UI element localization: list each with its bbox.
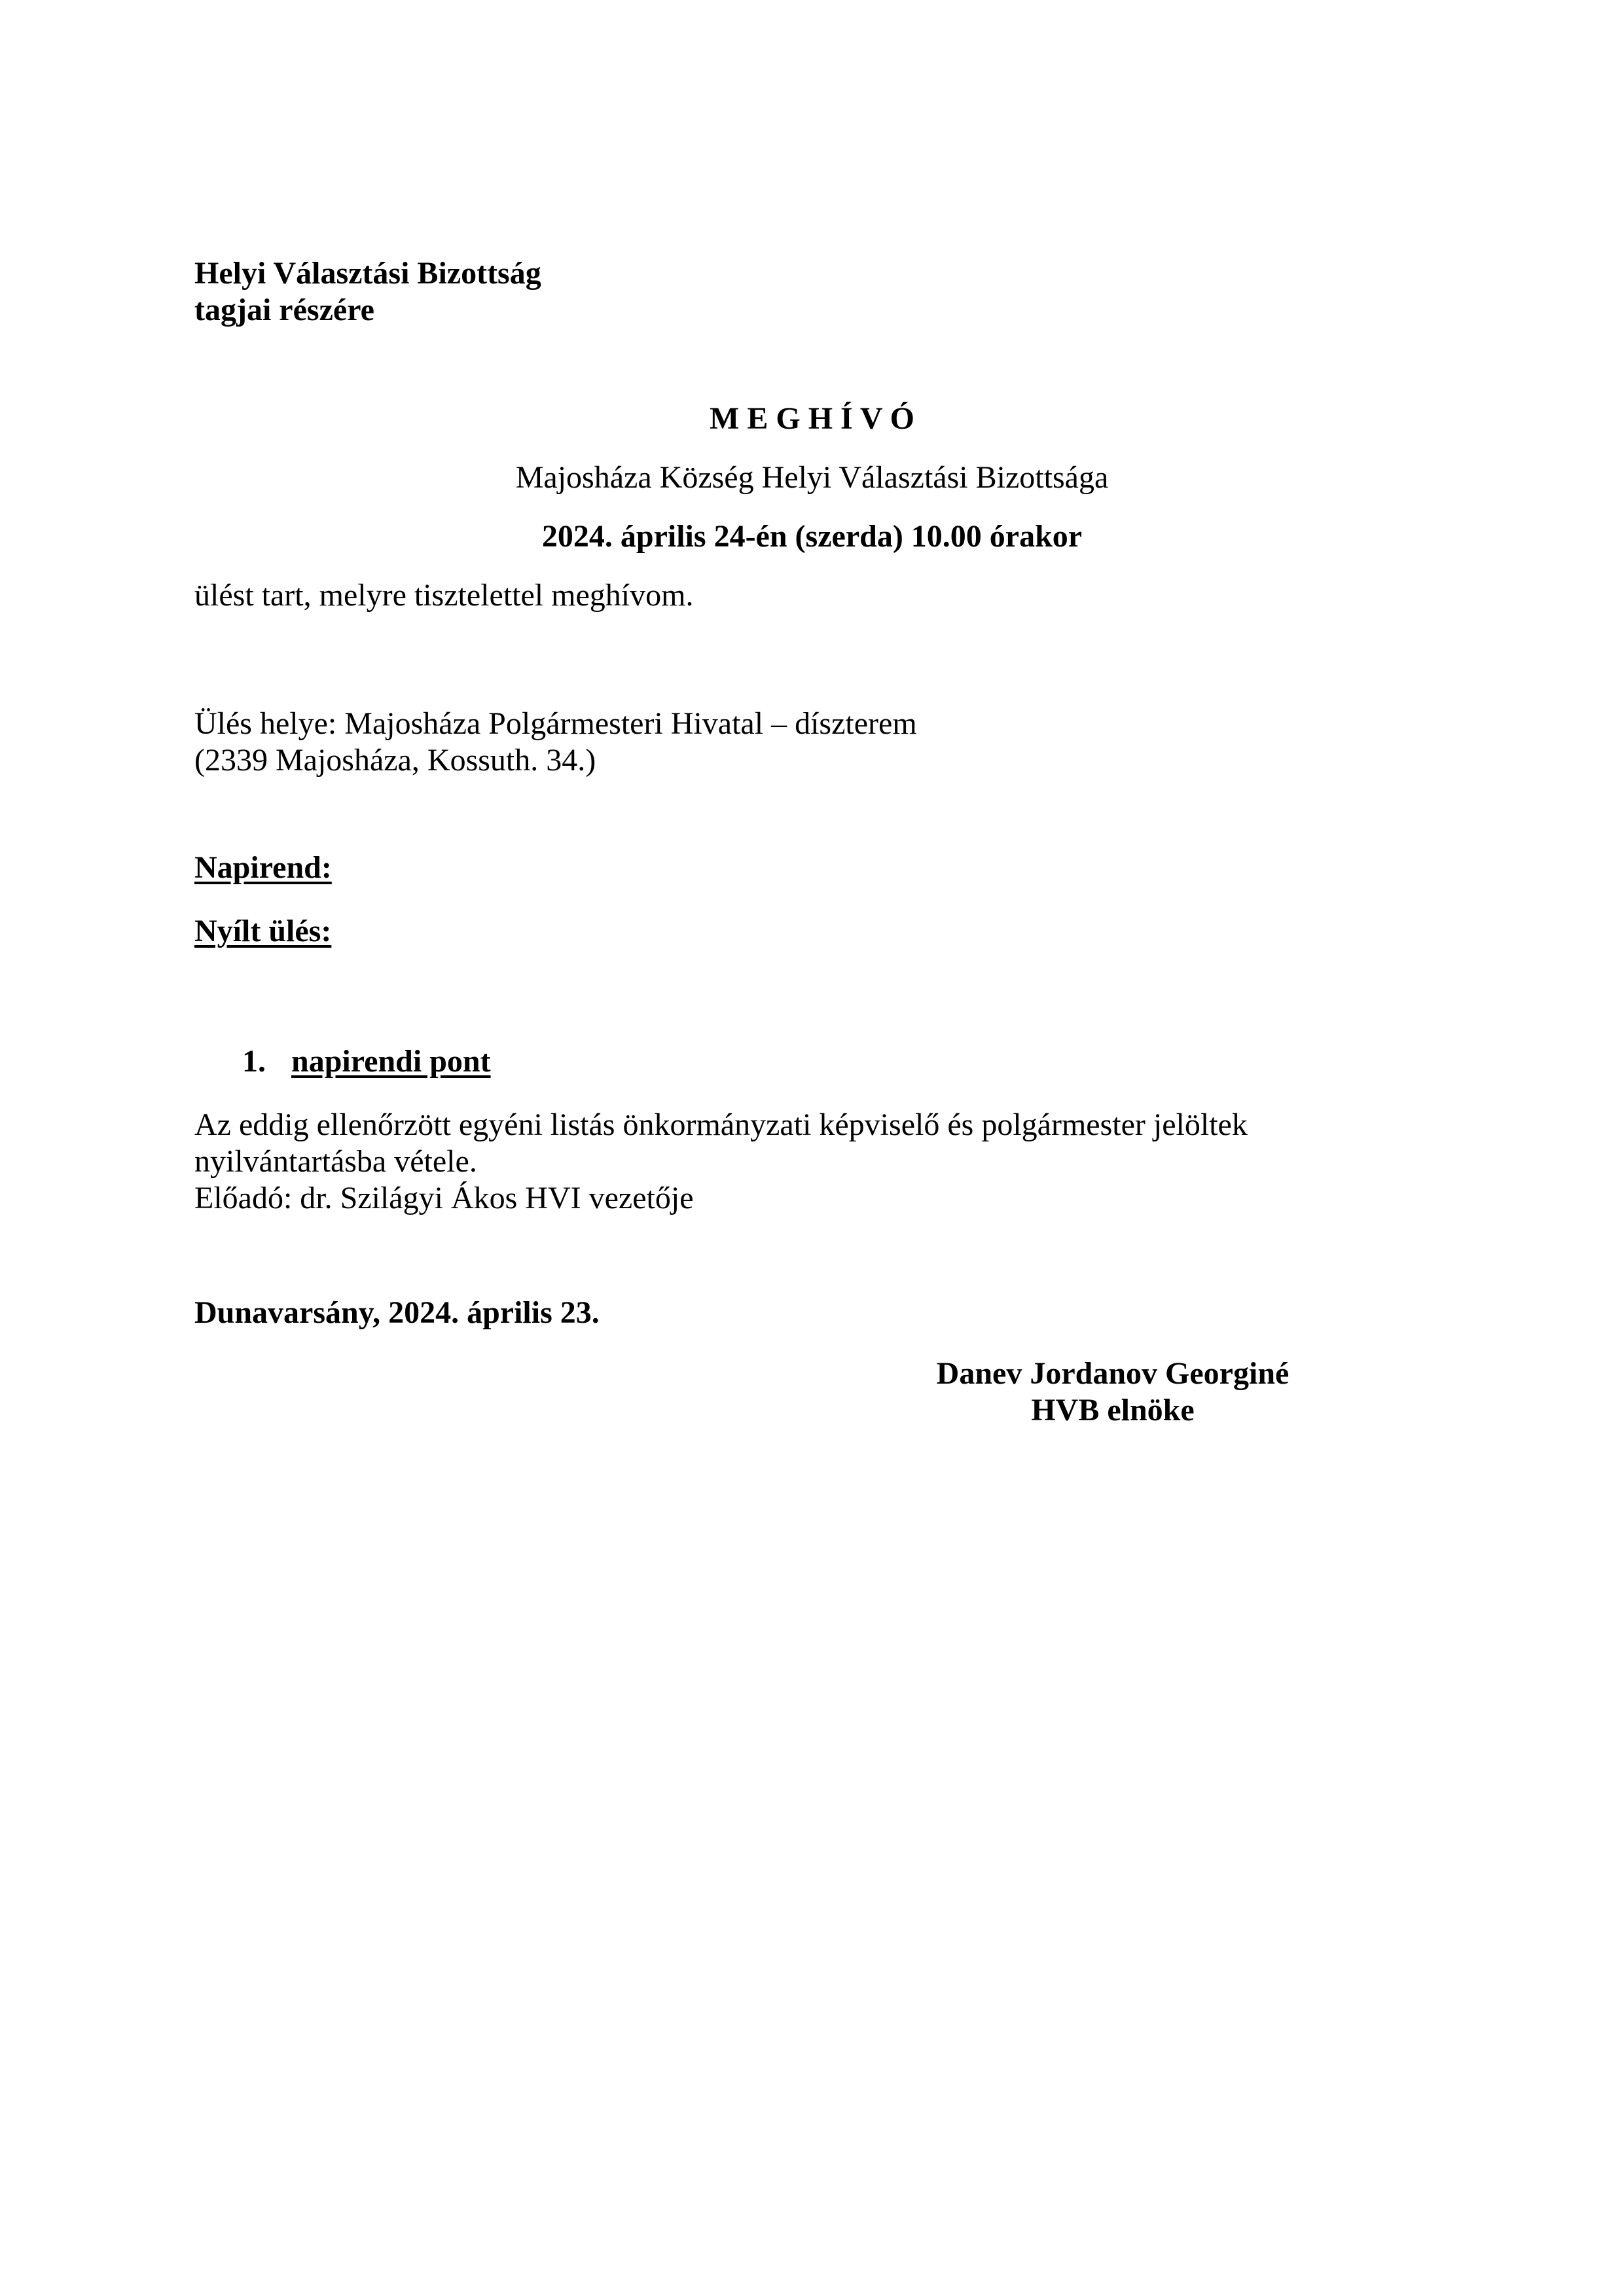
- committee-name: Majosháza Község Helyi Választási Bizott…: [194, 459, 1430, 496]
- venue-line-1: Ülés helye: Majosháza Polgármesteri Hiva…: [194, 706, 917, 742]
- agenda-item-number: 1.: [242, 1043, 266, 1080]
- invitation-text: ülést tart, melyre tisztelettel meghívom…: [194, 577, 693, 614]
- addressee-line-1: Helyi Választási Bizottság: [194, 255, 541, 292]
- meeting-datetime: 2024. április 24-én (szerda) 10.00 órako…: [194, 518, 1430, 555]
- addressee-line-2: tagjai részére: [194, 292, 374, 329]
- agenda-item-presenter: Előadó: dr. Szilágyi Ákos HVI vezetője: [194, 1180, 694, 1217]
- agenda-item-title: napirendi pont: [291, 1043, 491, 1080]
- signatory-name: Danev Jordanov Georginé: [916, 1355, 1309, 1392]
- open-session-heading: Nyílt ülés:: [194, 913, 331, 950]
- place-and-date: Dunavarsány, 2024. április 23.: [194, 1295, 600, 1331]
- document-title: M E G H Í V Ó: [194, 401, 1430, 437]
- signatory-role: HVB elnöke: [916, 1392, 1309, 1429]
- agenda-heading: Napirend:: [194, 850, 332, 886]
- agenda-item-description-line-2: nyilvántartásba vétele.: [194, 1143, 477, 1180]
- venue-line-2: (2339 Majosháza, Kossuth. 34.): [194, 742, 596, 779]
- agenda-item-description-line-1: Az eddig ellenőrzött egyéni listás önkor…: [194, 1107, 1248, 1143]
